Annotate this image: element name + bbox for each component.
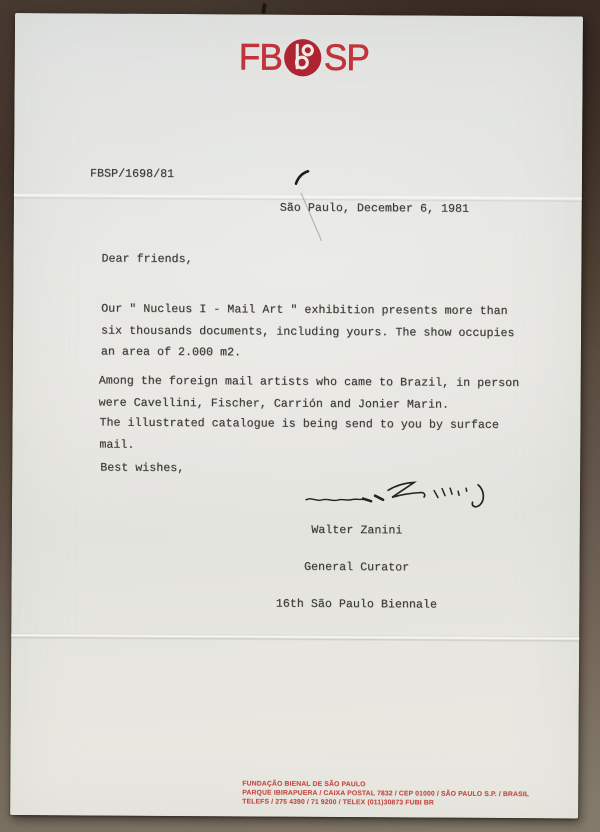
signatory-title: General Curator [212, 558, 502, 578]
photo-background: FB SP FBSP/1698/81 São Paulo, December 6… [0, 0, 600, 832]
logo-disc-icon [284, 39, 322, 77]
logo-text-fb: FB [238, 38, 281, 76]
footer-line-phones: TELEFS / 275 4390 / 71 9200 / TELEX (011… [242, 798, 529, 809]
reference-number: FBSP/1698/81 [90, 163, 174, 185]
signatory-org: 16th São Paulo Biennale [211, 595, 501, 615]
body-paragraph-1: Our " Nucleus I - Mail Art " exhibition … [101, 299, 515, 366]
body-paragraph-3: The illustrated catalogue is being send … [99, 413, 499, 458]
letter-paper: FB SP FBSP/1698/81 São Paulo, December 6… [10, 13, 583, 818]
closing: Best wishes, [100, 458, 184, 480]
signature-block: Walter Zanini General Curator 16th São P… [211, 502, 502, 633]
body-paragraph-2: Among the foreign mail artists who came … [99, 371, 520, 417]
pen-mark-and-scratch [292, 169, 332, 247]
fold-crease-bottom [11, 633, 579, 642]
brand-logo: FB SP [15, 37, 583, 78]
salutation: Dear friends, [101, 249, 192, 271]
logo-text-sp: SP [324, 39, 369, 77]
pen-flick-mark [296, 171, 308, 184]
signatory-name: Walter Zanini [212, 521, 502, 541]
pencil-scratch-line [301, 193, 322, 241]
letterhead-footer: FUNDAÇÃO BIENAL DE SÃO PAULO PARQUE IBIR… [242, 779, 529, 808]
top-edge-ink-mark [261, 3, 267, 14]
